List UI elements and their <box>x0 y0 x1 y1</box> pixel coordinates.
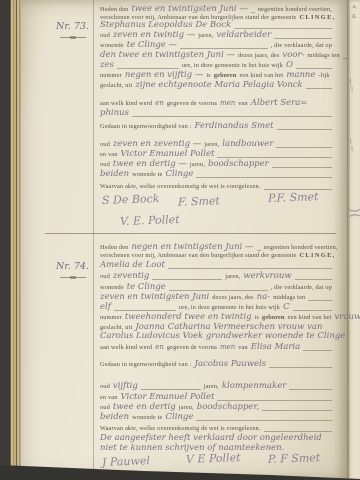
record2-line-father: Carolus Ludovicus Voek grondwerker wonen… <box>100 332 332 341</box>
ruled-line <box>272 167 332 168</box>
hw-witness2-age: twee en dertig <box>113 403 176 412</box>
record2-line-witness2-age: oud twee en dertig jaren, boodschapper, <box>100 403 332 412</box>
hw-witness1-name: Ferdinandus Smet <box>195 122 274 131</box>
printed-text: jaren, <box>190 161 205 169</box>
hw-insert: men <box>220 100 235 107</box>
printed-text: verschenen voor mij, Ambtenaar van den b… <box>100 252 296 260</box>
hw-insert: en <box>155 100 164 107</box>
hw-witness2-name: Victor Emanuel Pollet <box>121 150 215 159</box>
hw-declarant-occupation: werkvrouw <box>243 272 291 281</box>
printed-text: is <box>206 72 211 80</box>
signature-declarant: S De Bock <box>102 193 160 206</box>
record1-line-witness2-age: oud twee en dertig — jaren, boodschapper <box>100 160 332 169</box>
printed-text: gegeven de voorna <box>167 100 217 108</box>
hw-gender: vrouwe <box>334 313 360 322</box>
printed-text: jaren, <box>225 273 240 281</box>
record1-line-witness2: en van Victor Emanuel Pollet <box>100 150 332 159</box>
printed-text: middags ten <box>273 294 305 302</box>
ruled-line <box>196 177 332 178</box>
ruled-line <box>289 389 332 390</box>
hw-child-name: Albert Sera= <box>251 99 308 108</box>
ruled-line <box>169 290 268 291</box>
ruled-line <box>251 12 255 13</box>
signature-witness2: V E Pollet <box>186 452 241 465</box>
edge-handwriting-mark: )( <box>346 206 360 220</box>
record1-line-childname: aan welk kind werd en gegeven de voorna … <box>100 99 332 108</box>
hw-mother-name: zijne echtgenoote Maria Pelagia Vonck <box>135 81 302 90</box>
ruled-line <box>296 68 332 69</box>
printed-text: jaren, <box>179 404 194 412</box>
hw-declaration-date: twee en twintigsten Juni — <box>131 5 247 14</box>
hw-birth-date: zeven en twintigsten Juni <box>100 293 209 302</box>
printed-text: oud <box>100 383 110 391</box>
record2-line-date: Heden den negen en twintigsten Juni — ne… <box>100 243 332 252</box>
ruled-line <box>295 279 332 280</box>
record2-line-witness1: Gedaan in tegenwoordigheid van : Jacobus… <box>100 360 332 369</box>
printed-text: en van <box>100 151 118 159</box>
margin-column-rule <box>93 0 94 480</box>
ruled-line <box>132 116 332 117</box>
record2-number: Nr. 74. <box>56 262 89 272</box>
hw-gender: manne <box>286 71 315 80</box>
printed-text: wonende te <box>132 171 162 179</box>
hw-witness1-occupation: klompenmaker <box>222 382 286 391</box>
record1-line-witness1: Gedaan in tegenwoordigheid van : Ferdina… <box>100 122 332 131</box>
record2-line-hour: elf ure, in deze gemeente in het huis wi… <box>100 303 332 312</box>
record1-line-housenumber: nummer negen en vijftig — is geboren een… <box>100 71 332 80</box>
printed-text: negentien honderd veertien, <box>258 6 332 14</box>
hw-beiden: beiden <box>100 413 129 422</box>
hw-insert: en <box>155 344 164 351</box>
signature-registrar: P.F. Smet <box>268 191 319 204</box>
record2-line-both-residence: beiden wonende te Clinge <box>100 413 332 422</box>
printed-text: nummer <box>100 314 122 322</box>
printed-text: en van <box>100 394 118 402</box>
record1-line-mother: geslacht, uit zijne echtgenoote Maria Pe… <box>100 81 332 90</box>
printed-text: , die verklaarde, dat op <box>271 42 332 50</box>
printed-text: een kind van het <box>288 314 332 322</box>
hw-child-name: Elisa Maria <box>251 343 300 352</box>
record2-line-witness1-age: oud vijftig jaren, klompenmaker <box>100 382 332 391</box>
ruled-line <box>234 28 332 29</box>
hw-witness2-occupation: boodschapper, <box>197 403 260 412</box>
ruled-line <box>152 279 222 280</box>
record1-line-birthdate: den twee en twintigsten Juni — dezes jaa… <box>100 51 332 60</box>
record1-line-closing: Waarvan akte, welke overeenkomstig de we… <box>100 183 332 191</box>
hw-birth-hour: zes <box>100 61 114 70</box>
printed-text: aan welk kind werd <box>100 344 152 352</box>
signature-witness1: J Pauwel <box>102 455 150 468</box>
ruled-line <box>217 157 332 158</box>
hw-declarant-residence: te Clinge — <box>127 41 177 50</box>
printed-text: van <box>238 100 248 108</box>
printed-text: oud <box>100 32 110 40</box>
signature-registrar: P. F Smet <box>268 452 321 465</box>
record1-ornament <box>60 37 86 41</box>
ruled-line <box>264 431 332 432</box>
hw-declaration-date: negen en twintigsten Juni — <box>131 243 253 252</box>
ruled-line <box>274 38 332 39</box>
printed-text: dezes jaars, des <box>238 52 279 60</box>
printed-text: Waarvan akte, welke overeenkomstig de we… <box>100 425 261 433</box>
record-divider-line <box>45 233 336 234</box>
record1-line-declarant: Stephanus Leopoldus De Bock <box>100 21 332 30</box>
hw-declarant-residence: te Clinge <box>127 283 166 292</box>
ruled-line <box>269 367 332 368</box>
hw-house-number: negen en vijftig — <box>125 71 203 80</box>
printed-text: is <box>255 314 260 322</box>
printed-text: oud <box>100 141 110 149</box>
printed-text: jaren, <box>204 383 219 391</box>
hw-wijk-letter: C <box>283 303 290 312</box>
printed-text: jaren, <box>204 141 219 149</box>
ruled-line <box>306 88 332 89</box>
record1-number: Nr. 73. <box>56 22 89 32</box>
ruled-line <box>196 420 332 421</box>
printed-text: middags ten <box>307 52 339 60</box>
printed-text: gegeven de voorna <box>167 344 217 352</box>
hw-birth-hour: elf <box>100 303 111 312</box>
printed-text: Gedaan in tegenwoordigheid van : <box>100 361 192 369</box>
printed-text: negentien honderd veertien, <box>264 244 338 252</box>
record1-line-witness1-age: oud zeven en zeventig — jaren, landbouwe… <box>100 140 332 149</box>
printed-text: wonende <box>100 284 124 292</box>
printed-text-bold: geboren <box>262 314 285 322</box>
ruled-line <box>276 147 332 148</box>
record2-line-closing: Waarvan akte, welke overeenkomstig de we… <box>100 425 332 433</box>
hw-witness-residence: Clinge <box>166 413 194 422</box>
printed-text: oud <box>100 273 110 281</box>
ruled-line <box>168 268 332 269</box>
hw-daypart: voor- <box>282 51 304 60</box>
hw-witness1-name: Jacobus Pauwels <box>195 360 267 369</box>
record2-ornament <box>60 277 86 281</box>
hw-witness2-name: Victor Emanuel Pollet <box>121 393 215 402</box>
record2-line-residence: wonende te Clinge , die verklaarde, dat … <box>100 283 332 292</box>
record2-line-declarant: Amelia de Loot <box>100 261 332 270</box>
ruled-line <box>277 129 332 130</box>
hw-declarant-age: zeven en twintig — <box>113 31 195 40</box>
hw-child-name-continued: phinus <box>100 109 129 118</box>
printed-gemeente-name: CLINGE, <box>299 252 335 260</box>
ruled-line <box>117 68 179 69</box>
hw-insert: men <box>220 344 235 351</box>
hw-illiteracy-note: De aangeefster heeft verklaard door onge… <box>100 434 322 443</box>
printed-text: , die verklaarde, dat op <box>271 284 332 292</box>
ruled-line <box>180 48 268 49</box>
ruled-line <box>293 310 332 311</box>
record2-line-housenumber: nummer tweehonderd twee en twintig is ge… <box>100 313 332 322</box>
hw-house-number: tweehonderd twee en twintig <box>125 313 252 322</box>
printed-text: ure, in deze gemeente in het huis wijk <box>182 62 283 70</box>
hw-witness2-occupation: boodschapper <box>208 160 269 169</box>
printed-text: een kind van het <box>239 72 283 80</box>
hw-witness1-age: vijftig <box>113 382 138 391</box>
printed-text: Heden den <box>100 6 128 14</box>
record2-line-witness2: en van Victor Emanuel Pollet <box>100 393 332 402</box>
record2-line-age: oud zeventig jaren, werkvrouw <box>100 272 332 281</box>
hw-witness2-age: twee en dertig — <box>113 160 187 169</box>
hw-declarant-age: zeventig <box>113 272 149 281</box>
record1-line-childname-cont: phinus <box>100 109 332 118</box>
record2-line-birthdate: zeven en twintigsten Juni dezes jaars, d… <box>100 293 332 302</box>
printed-text: ure, in deze gemeente in het huis wijk <box>179 304 280 312</box>
printed-text: nummer <box>100 72 122 80</box>
record2-line-registrar: verschenen voor mij, Ambtenaar van den b… <box>100 252 332 260</box>
hw-declarant-occupation: veldarbeider <box>216 31 271 40</box>
hw-daypart: na- <box>257 293 270 302</box>
hw-father-name: Carolus Ludovicus Voek grondwerker wonen… <box>100 332 345 341</box>
next-page-sliver <box>347 0 360 480</box>
ruled-line <box>114 310 176 311</box>
ruled-line <box>217 400 332 401</box>
record1-line-date: Heden den twee en twintigsten Juni — neg… <box>100 5 332 14</box>
printed-text: Heden den <box>100 244 128 252</box>
ruled-line <box>303 350 332 351</box>
printed-text: wonende <box>100 42 124 50</box>
ruled-line <box>264 189 332 190</box>
ruled-line <box>257 250 261 251</box>
ruled-line <box>262 410 332 411</box>
printed-text: oud <box>100 404 110 412</box>
printed-text: dezes jaars, des <box>212 294 253 302</box>
hw-declarant-name: Amelia de Loot <box>100 261 165 270</box>
hw-witness1-age: zeven en zeventig — <box>113 140 201 149</box>
hw-beiden: beiden <box>100 170 129 179</box>
record2-line-note1: De aangeefster heeft verklaard door onge… <box>100 434 332 443</box>
printed-text: oud <box>100 161 110 169</box>
printed-text: Gedaan in tegenwoordigheid van : <box>100 123 192 131</box>
ruled-line <box>141 389 201 390</box>
signature-witness2: V. E. Pollet <box>120 214 180 227</box>
printed-text: -lijk <box>318 72 329 80</box>
ruled-line <box>308 300 332 301</box>
record1-line-both-residence: beiden wonende te Clinge <box>100 170 332 179</box>
hw-birth-date: den twee en twintigsten Juni — <box>100 51 235 60</box>
hw-declarant-name: Stephanus Leopoldus De Bock <box>100 21 231 30</box>
record1-line-residence: wonende te Clinge — , die verklaarde, da… <box>100 41 332 50</box>
printed-text: geslacht, uit <box>100 82 132 90</box>
ruled-line <box>343 58 347 59</box>
hw-wijk-letter: O <box>286 61 293 70</box>
printed-text: van <box>238 344 248 352</box>
printed-text-bold: geboren <box>214 72 237 80</box>
edge-fragment: E. <box>352 14 357 20</box>
hw-witness1-occupation: landbouwer <box>222 140 273 149</box>
printed-text: aan welk kind werd <box>100 100 152 108</box>
hw-illiteracy-note-cont: niet te kunnen schrijven of naamteekenen… <box>100 444 284 453</box>
record1-line-hour: zes ure, in deze gemeente in het huis wi… <box>100 61 332 70</box>
record2-line-childname: aan welk kind werd en gegeven de voorna … <box>100 343 332 352</box>
signature-witness1: F. Smet <box>178 195 220 207</box>
printed-text: wonende te <box>132 414 162 422</box>
printed-text: Waarvan akte, welke overeenkomstig de we… <box>100 183 261 191</box>
record1-line-age: oud zeven en twintig — jaren, veldarbeid… <box>100 31 332 40</box>
hw-witness-residence: Clinge <box>166 170 194 179</box>
edge-fragment: n, <box>353 4 357 10</box>
printed-text: jaren, <box>198 32 213 40</box>
